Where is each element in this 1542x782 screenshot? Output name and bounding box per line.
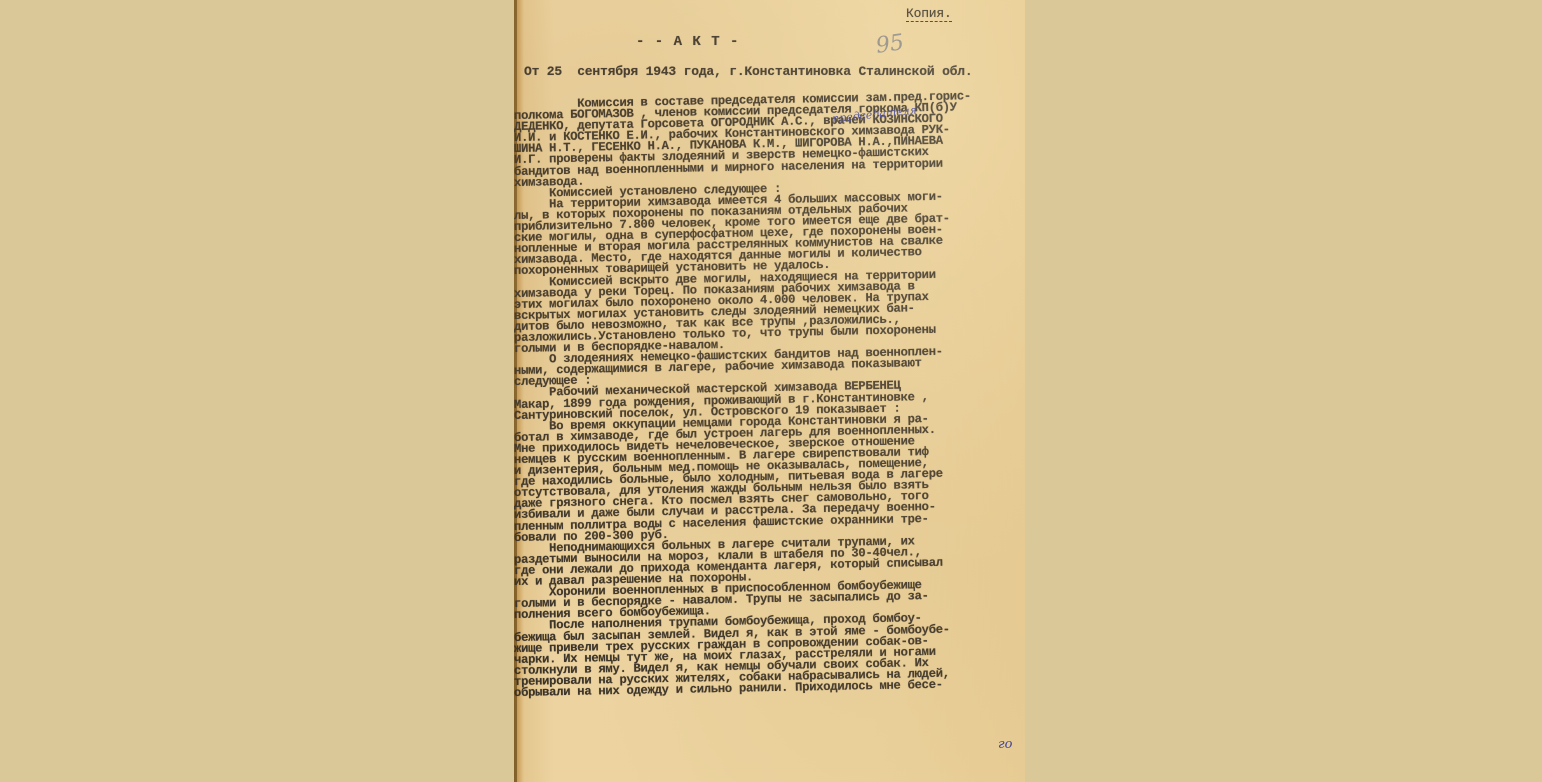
scanned-document-page: Копия. - - А К Т - 95 От 25 сентября 194… — [514, 0, 1025, 782]
document-title: - - А К Т - — [636, 34, 739, 50]
copy-mark: Копия. — [906, 6, 952, 22]
document-dateline: От 25 сентября 1943 года, г.Константинов… — [524, 64, 972, 79]
document-body: Комиссия в составе председателя комиссии… — [514, 100, 1019, 710]
archive-page-number: 95 — [874, 30, 905, 59]
handwritten-ending: го — [998, 737, 1012, 752]
